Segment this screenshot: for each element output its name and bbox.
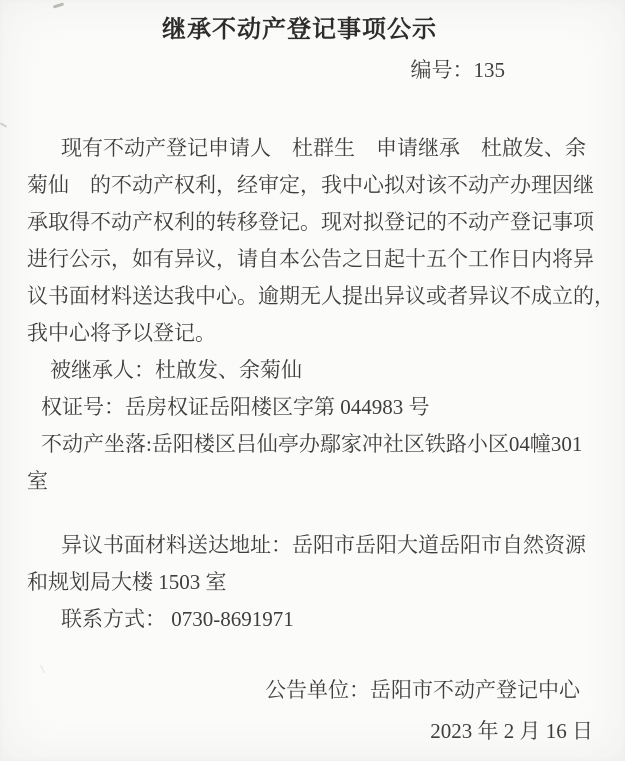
heirs-line: 被继承人：杜啟发、余菊仙 [27,352,597,389]
page-title: 继承不动产登记事项公示 [0,0,599,45]
property-location-line: 不动产坐落:岳阳楼区吕仙亭办鄢家冲社区铁路小区04幢301 [27,426,597,463]
scan-artifact [0,122,7,127]
contact-phone-line: 联系方式： 0730-8691971 [27,601,597,638]
contact-info: 异议书面材料送达地址：岳阳市岳阳大道岳阳市自然资源 和规划局大楼 1503 室 … [0,527,625,638]
notice-paragraph-line: 菊仙 的不动产权利，经审定，我中心拟对该不动产办理因继 [27,167,597,204]
notice-footer: 公告单位：岳阳市不动产登记中心 2023 年 2 月 16 日 [0,672,625,750]
certificate-number-line: 权证号：岳房权证岳阳楼区字第 044983 号 [27,389,597,426]
objection-address-line-cont: 和规划局大楼 1503 室 [27,564,597,601]
notice-paragraph-line: 现有不动产登记申请人 杜群生 申请继承 杜啟发、余 [27,130,597,167]
notice-paragraph-line: 进行公示，如有异议，请自本公告之日起十五个工作日内将异 [27,241,597,278]
property-location-line-cont: 室 [27,463,597,500]
notice-paragraph-line: 议书面材料送达我中心。逾期无人提出异议或者异议不成立的， [27,278,597,315]
notice-document: 继承不动产登记事项公示 编号：135 现有不动产登记申请人 杜群生 申请继承 杜… [0,0,625,761]
objection-address-line: 异议书面材料送达地址：岳阳市岳阳大道岳阳市自然资源 [27,527,597,564]
date-line: 2023 年 2 月 16 日 [0,713,625,750]
notice-paragraph-line: 承取得不动产权利的转移登记。现对拟登记的不动产登记事项 [27,204,597,241]
notice-paragraph-line: 我中心将予以登记。 [27,315,597,352]
notice-paragraph: 现有不动产登记申请人 杜群生 申请继承 杜啟发、余 菊仙 的不动产权利，经审定，… [0,130,625,352]
issuer-line: 公告单位：岳阳市不动产登记中心 [0,672,625,709]
property-details: 被继承人：杜啟发、余菊仙 权证号：岳房权证岳阳楼区字第 044983 号 不动产… [0,352,625,500]
doc-number: 编号：135 [0,56,625,84]
